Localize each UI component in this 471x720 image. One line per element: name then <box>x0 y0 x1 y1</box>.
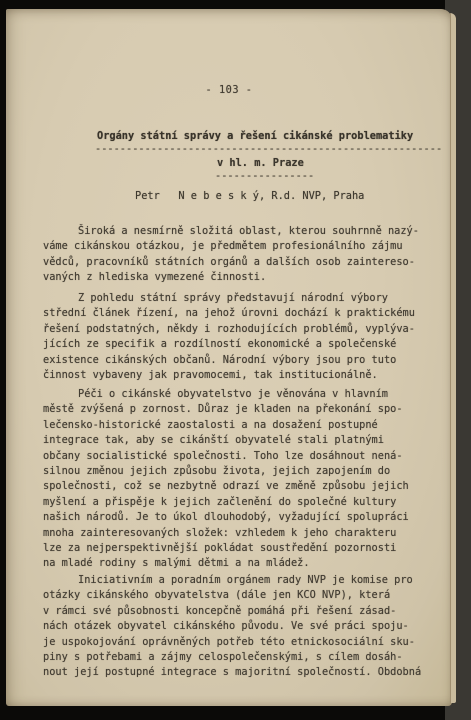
text-line: nách otázek obyvatel cikánského původu. … <box>43 619 435 634</box>
text-line: lze za nejperspektivnější pokládat soust… <box>43 541 435 556</box>
text-line: integrace tak, aby se cikánští obyvatelé… <box>43 433 435 448</box>
text-line: vědců, pracovníků státních orgánů a dalš… <box>43 255 435 270</box>
text-line: Široká a nesmírně složitá oblast, kterou… <box>43 224 435 239</box>
text-line: v rámci své působnosti koncepčně pomáhá … <box>43 604 435 619</box>
text-line: Péči o cikánské obyvatelstvo je věnována… <box>43 387 435 402</box>
text-line: Iniciativním a poradním orgánem rady NVP… <box>43 573 435 588</box>
text-line: městě zvýšená p zornost. Důraz je kladen… <box>43 402 435 417</box>
paragraph: Iniciativním a poradním orgánem rady NVP… <box>43 573 435 681</box>
text-line: našich národů. Je to úkol dlouhodobý, vy… <box>43 510 435 525</box>
text-line: jících ze specifik a rozdílností ekonomi… <box>43 337 435 352</box>
text-line: váme cikánskou otázkou, je předmětem pro… <box>43 239 435 254</box>
text-line: činnost vybaveny jak pravomocemi, tak in… <box>43 368 435 383</box>
paragraph: Z pohledu státní správy představují náro… <box>43 291 435 383</box>
text-line: myšlení a přispěje k jejich začlenění do… <box>43 495 435 510</box>
text-line: střední článek řízení, na jehož úrovni d… <box>43 306 435 321</box>
text-line: Z pohledu státní správy představují náro… <box>43 291 435 306</box>
text-line: piny s potřebami a zájmy celospolečenský… <box>43 650 435 665</box>
scanned-page: - 103 - Orgány státní správy a řešení ci… <box>6 9 452 706</box>
text-line: na mladé rodiny s malými dětmi a na mlád… <box>43 556 435 571</box>
page-number: - 103 - <box>6 84 452 96</box>
text-line: silnou změnou jejich způsobu života, jej… <box>43 464 435 479</box>
text-line: společnosti, což se nezbytně odrazí ve z… <box>43 479 435 494</box>
text-line: otázky cikánského obyvatelstva (dále jen… <box>43 588 435 603</box>
paragraph: Péči o cikánské obyvatelstvo je věnována… <box>43 387 435 572</box>
author-line: Petr N e b e s k ý, R.d. NVP, Praha <box>135 190 364 202</box>
text-line: občany socialistické společnosti. Toho l… <box>43 449 435 464</box>
text-line: lečensko-historické zaostalosti a na dos… <box>43 418 435 433</box>
page-stack-edge <box>450 13 456 703</box>
text-line: mnoha zainteresovaných složek: vzhledem … <box>43 526 435 541</box>
paragraph: Široká a nesmírně složitá oblast, kterou… <box>43 224 435 286</box>
text-line: vaných z hlediska vymezené činnosti. <box>43 270 435 285</box>
title-underline: ----------------------------------------… <box>95 143 442 155</box>
document-subtitle: v hl. m. Praze <box>217 157 304 169</box>
text-line: existence cikánských občanů. Národní výb… <box>43 353 435 368</box>
text-line: nout její postupné integrace s majoritní… <box>43 665 435 680</box>
text-line: je uspokojování oprávněných potřeb této … <box>43 635 435 650</box>
subtitle-underline: ---------------- <box>215 170 314 182</box>
document-title: Orgány státní správy a řešení cikánské p… <box>97 130 413 142</box>
text-line: řešení podstatných, někdy i rozhodujícíc… <box>43 322 435 337</box>
